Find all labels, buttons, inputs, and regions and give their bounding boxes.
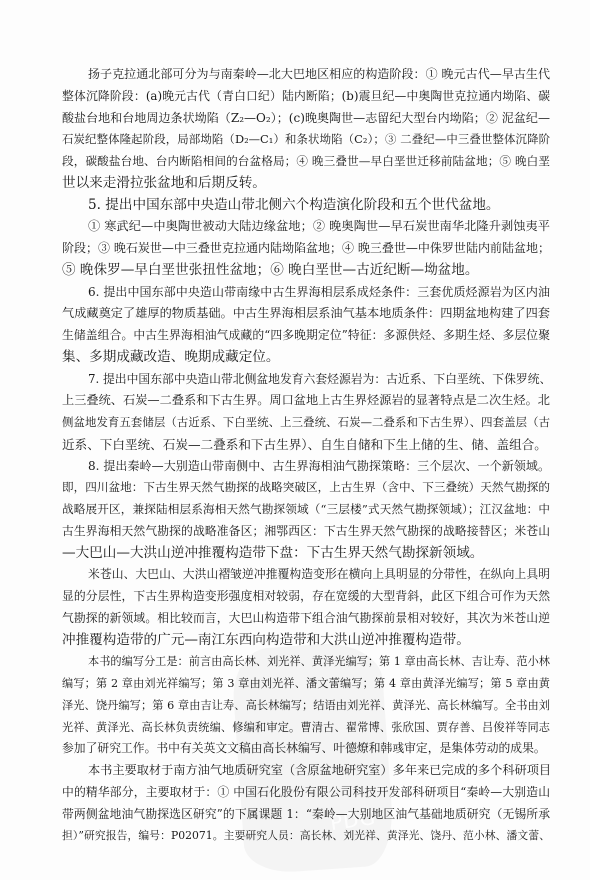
text-line: 8. 提出秦岭—大别造山带南侧中、古生界海相油气勘探策略：三个层次、一个新领域。 xyxy=(62,456,550,478)
text-line: 阶段；③ 晚石炭世—中三叠世克拉通内陆坳陷盆地；④ 晚三叠世—中侏罗世陆内前陆盆… xyxy=(62,238,550,260)
text-line: 上三叠统、石炭—二叠系和下古生界。周口盆地上古生界烃源岩的显著特点是二次生烃。北 xyxy=(62,390,550,412)
text-line: 中的精华部分，主要取材于：① 中国石化股份有限公司科技开发部科研项目“秦岭—大别… xyxy=(62,782,550,804)
paragraph-item-5-detail: ① 寒武纪—中奥陶世被动大陆边缘盆地；② 晚奥陶世—早石炭世南华北隆升剥蚀夷平 … xyxy=(62,216,550,281)
text-line: 担）”研究报告，编号：P02071。主要研究人员：高长林、刘光祥、黄泽光、饶丹、… xyxy=(62,825,550,847)
text-line: 编写；第 2 章由刘光祥编写；第 3 章由刘光祥、潘文蕾编写；第 4 章由黄泽光… xyxy=(62,673,550,695)
text-line: 气勘探的新领域。相比较而言，大巴山构造带下组合油气勘探前景相对较好，其次为米苍山… xyxy=(62,608,550,630)
text-line: 扬子克拉通北部可分为与南秦岭—北大巴地区相应的构造阶段：① 晚元古代—早古生代 xyxy=(62,64,550,86)
text-line: 带两侧盆地油气勘探选区研究”的下属课题 1：“秦岭—大别地区油气基础地质研究（无… xyxy=(62,804,550,826)
paragraph-item-8: 8. 提出秦岭—大别造山带南侧中、古生界海相油气勘探策略：三个层次、一个新领域。… xyxy=(62,456,550,565)
text-line: 近系、下白垩统、石炭—二叠系和下古生界）、自生自储和下生上储的生、储、盖组合。 xyxy=(62,434,550,456)
paragraph-item-7: 7. 提出中国东部中央造山带北侧盆地发育六套烃源岩为：古近系、下白垩统、下侏罗统… xyxy=(62,369,550,456)
paragraph-item-6: 6. 提出中国东部中央造山带南缘中古生界海相层系成烃条件：三套优质烃源岩为区内油… xyxy=(62,282,550,369)
text-line: 泽光、饶丹编写；第 6 章由吉让寿、高长林编写；结语由刘光祥、黄泽光、高长林编写… xyxy=(62,695,550,717)
text-line: 石炭纪整体隆起阶段，局部坳陷（D₂—C₁）和条状坳陷（C₂）；③ 二叠纪—中三叠… xyxy=(62,129,550,151)
paragraph-item-5: 5. 提出中国东部中央造山带北侧六个构造演化阶段和五个世代盆地。 xyxy=(62,195,550,217)
text-line: —大巴山—大洪山逆冲推覆构造带下盘：下古生界天然气勘探新领域。 xyxy=(62,543,550,565)
text-line: 参加了研究工作。书中有关英文文稿由高长林编写、叶德燎和韩彧审定，是集体劳动的成果… xyxy=(62,738,550,760)
paragraph-yangzi-stages: 扬子克拉通北部可分为与南秦岭—北大巴地区相应的构造阶段：① 晚元古代—早古生代 … xyxy=(62,64,550,195)
text-line: 5. 提出中国东部中央造山带北侧六个构造演化阶段和五个世代盆地。 xyxy=(62,195,550,217)
text-line: 即，四川盆地：下古生界天然气勘探的战略突破区，上古生界（含中、下三叠统）天然气勘… xyxy=(62,477,550,499)
text-line: 侧盆地发育五套储层（古近系、下白垩统、上三叠统、石炭—二叠系和下古生界）、四套盖… xyxy=(62,412,550,434)
text-line: 战略展开区，兼探陆相层系海相天然气勘探领域（“三层楼”式天然气勘探领域）；江汉盆… xyxy=(62,499,550,521)
text-line: 段，碳酸盐台地、台内断陷相间的台盆格局；④ 晚三叠世—早白垩世迁移前陆盆地；⑤ … xyxy=(62,151,550,173)
text-line: 生储盖组合。中古生界海相油气成藏的“四多晚期定位”特征：多源供烃、多期生烃、多层… xyxy=(62,325,550,347)
paragraph-micangshan: 米苍山、大巴山、大洪山褶皱逆冲推覆构造变形在横向上具明显的分带性，在纵向上具明 … xyxy=(62,564,550,651)
paragraph-authors: 本书的编写分工是：前言由高长林、刘光祥、黄泽光编写；第 1 章由高长林、吉让寿、… xyxy=(62,651,550,760)
text-line: 7. 提出中国东部中央造山带北侧盆地发育六套烃源岩为：古近系、下白垩统、下侏罗统… xyxy=(62,369,550,391)
text-line: 冲推覆构造带的广元—南江东西向构造带和大洪山逆冲推覆构造带。 xyxy=(62,630,550,652)
text-line: 本书的编写分工是：前言由高长林、刘光祥、黄泽光编写；第 1 章由高长林、吉让寿、… xyxy=(62,651,550,673)
text-line: 古生界海相天然气勘探的战略准备区；湘鄂西区：下古生界天然气勘探的战略接替区；米苍… xyxy=(62,521,550,543)
text-line: 气成藏奠定了雄厚的物质基础。中古生界海相层系油气基本地质条件：四期盆地构建了四套 xyxy=(62,303,550,325)
paragraph-sources: 本书主要取材于南方油气地质研究室（含原盆地研究室）多年来已完成的多个科研项目 中… xyxy=(62,760,550,847)
text-line: 6. 提出中国东部中央造山带南缘中古生界海相层系成烃条件：三套优质烃源岩为区内油 xyxy=(62,282,550,304)
text-line: 集、多期成藏改造、晚期成藏定位。 xyxy=(62,347,550,369)
text-line: 光祥、黄泽光、高长林负责统编、修编和审定。曹清古、翟常博、张欣国、贾存善、吕俊祥… xyxy=(62,717,550,739)
text-line: 显的分层性，下古生界构造变形强度相对较弱，存在宽缓的大型背斜，此区下组合可作为天… xyxy=(62,586,550,608)
text-line: 酸盐台地和台地周边条状坳陷（Z₂—O₂）；(c)晚奥陶世—志留纪大型台内坳陷；②… xyxy=(62,108,550,130)
document-page: PDG 扬子克拉通北部可分为与南秦岭—北大巴地区相应的构造阶段：① 晚元古代—早… xyxy=(0,0,590,880)
text-line: 世以来走滑拉张盆地和后期反转。 xyxy=(62,173,550,195)
text-line: 本书主要取材于南方油气地质研究室（含原盆地研究室）多年来已完成的多个科研项目 xyxy=(62,760,550,782)
body-text: 扬子克拉通北部可分为与南秦岭—北大巴地区相应的构造阶段：① 晚元古代—早古生代 … xyxy=(62,64,550,847)
text-line: 整体沉降阶段：(a)晚元古代（青白口纪）陆内断陷；(b)震旦纪—中奥陶世克拉通内… xyxy=(62,86,550,108)
text-line: ① 寒武纪—中奥陶世被动大陆边缘盆地；② 晚奥陶世—早石炭世南华北隆升剥蚀夷平 xyxy=(62,216,550,238)
text-line: 米苍山、大巴山、大洪山褶皱逆冲推覆构造变形在横向上具明显的分带性，在纵向上具明 xyxy=(62,564,550,586)
text-line: ⑤ 晚侏罗—早白垩世张扭性盆地；⑥ 晚白垩世—古近纪断—坳盆地。 xyxy=(62,260,550,282)
